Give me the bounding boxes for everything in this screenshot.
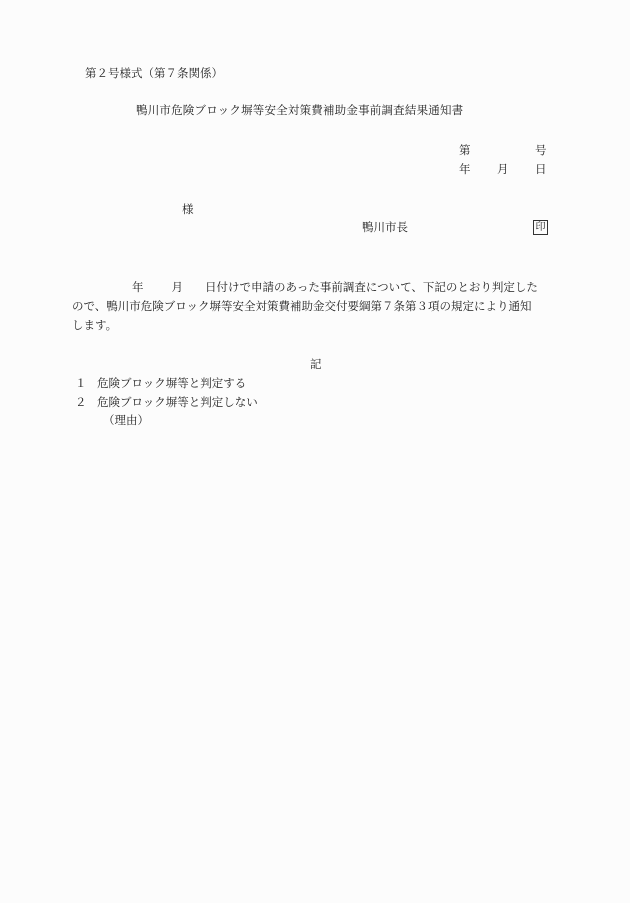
body-year: 年 <box>132 280 144 294</box>
body-line-3: します。 <box>72 316 555 335</box>
number-prefix: 第 <box>459 143 471 157</box>
notification-body: 年月日付けで申請のあった事前調査について、下記のとおり判定した ので、鴨川市危険… <box>75 278 555 335</box>
reason-label: （理由） <box>103 413 149 427</box>
body-rest: 日付けで申請のあった事前調査について、下記のとおり判定した <box>205 280 538 294</box>
addressee-suffix: 様 <box>182 202 194 216</box>
date-year: 年 <box>459 162 471 176</box>
item-text: 危険ブロック塀等と判定しない <box>97 395 258 409</box>
date-month: 月 <box>497 162 509 176</box>
date-day: 日 <box>535 162 547 176</box>
number-suffix: 号 <box>535 143 547 157</box>
body-month: 月 <box>172 280 184 294</box>
form-number: 第２号様式（第７条関係） <box>85 66 223 80</box>
document-title: 鴨川市危険ブロック塀等安全対策費補助金事前調査結果通知書 <box>136 103 463 117</box>
body-line-2: ので、鴨川市危険ブロック塀等安全対策費補助金交付要綱第７条第３項の規定により通知 <box>72 297 555 316</box>
list-item: ２危険ブロック塀等と判定しない <box>75 395 258 409</box>
seal-mark-icon: 印 <box>533 220 548 235</box>
item-number: １ <box>75 376 97 390</box>
ki-heading: 記 <box>310 357 322 371</box>
item-text: 危険ブロック塀等と判定する <box>97 376 246 390</box>
body-line-1: 年月日付けで申請のあった事前調査について、下記のとおり判定した <box>75 278 555 297</box>
list-item: １危険ブロック塀等と判定する <box>75 376 246 390</box>
item-number: ２ <box>75 395 97 409</box>
sender-name: 鴨川市長 <box>362 220 408 234</box>
